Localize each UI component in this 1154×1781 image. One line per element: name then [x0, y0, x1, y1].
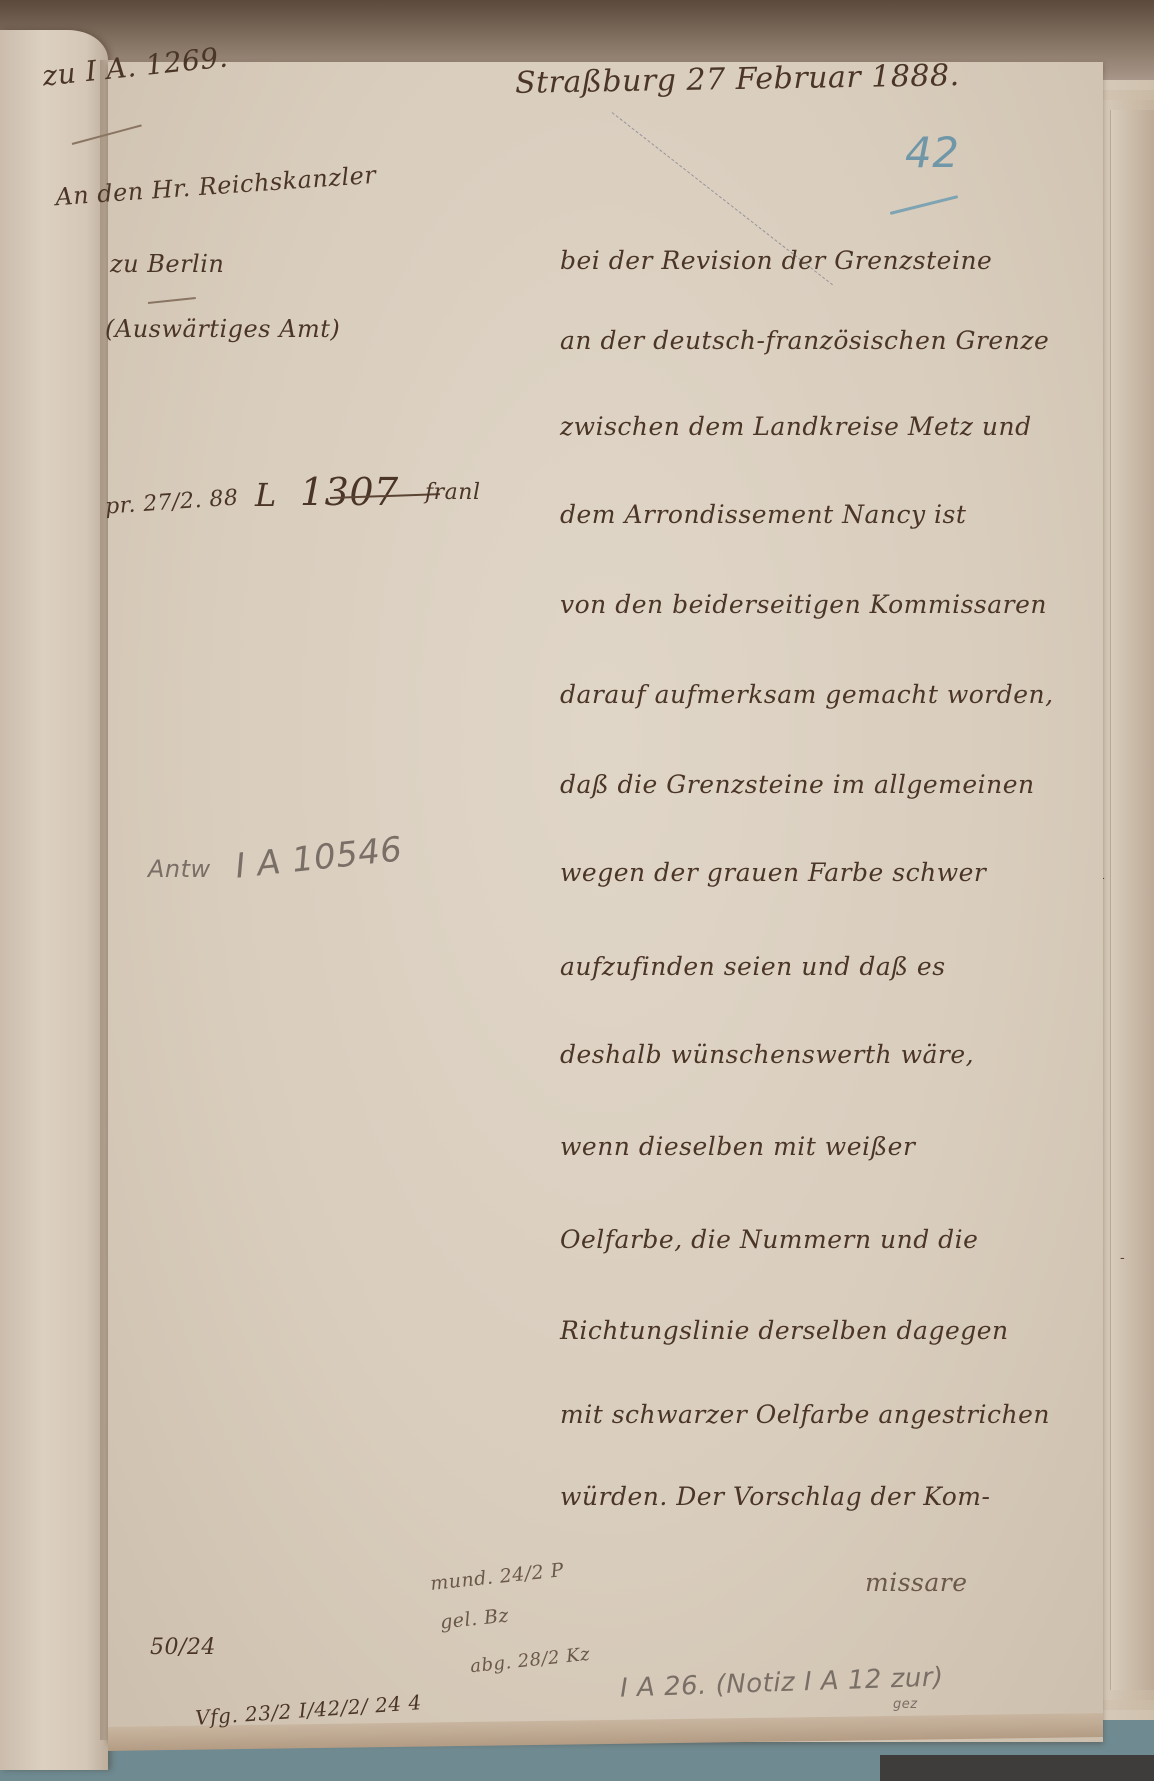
body-line: wegen der grauen Farbe schwer [560, 858, 986, 887]
pencil-note-label: Antw [148, 855, 211, 883]
addressee-line-2: zu Berlin [110, 250, 224, 278]
body-line: an der deutsch-französischen Grenze [560, 326, 1049, 355]
fraction-annotation: 50/24 [150, 1635, 216, 1660]
body-line: bei der Revision der Grenzsteine [560, 246, 992, 275]
folio-number: 42 [905, 128, 959, 177]
body-line: darauf aufmerksam gemacht worden, [560, 680, 1054, 709]
body-line: Richtungslinie derselben dagegen [560, 1316, 1009, 1345]
addressee-line-3: (Auswärtiges Amt) [105, 315, 340, 343]
body-line: dem Arrondissement Nancy ist [560, 500, 966, 529]
body-line: daß die Grenzsteine im allgemeinen [560, 770, 1035, 799]
bottom-reference-sub: gez [893, 1697, 918, 1712]
body-line: würden. Der Vorschlag der Kom- [560, 1482, 990, 1511]
body-line: missare [865, 1568, 968, 1597]
receipt-registry-number: 1307 [300, 470, 399, 514]
body-line: zwischen dem Landkreise Metz und [560, 412, 1032, 441]
margin-tick: - [1120, 1250, 1125, 1266]
body-line: von den beiderseitigen Kommissaren [560, 590, 1047, 619]
left-facing-leaf [0, 30, 108, 1770]
page-stack-edge [1110, 110, 1154, 1690]
body-line: mit schwarzer Oelfarbe angestrichen [560, 1400, 1050, 1429]
scale-strip [880, 1755, 1154, 1781]
body-line: Oelfarbe, die Nummern und die [560, 1225, 978, 1254]
receipt-registry-letter: L [255, 476, 277, 514]
receipt-note-suffix: franl [425, 480, 480, 505]
body-line: wenn dieselben mit weißer [560, 1132, 915, 1161]
body-line: aufzufinden seien und daß es [560, 952, 946, 981]
body-line: deshalb wünschenswerth wäre, [560, 1040, 974, 1069]
